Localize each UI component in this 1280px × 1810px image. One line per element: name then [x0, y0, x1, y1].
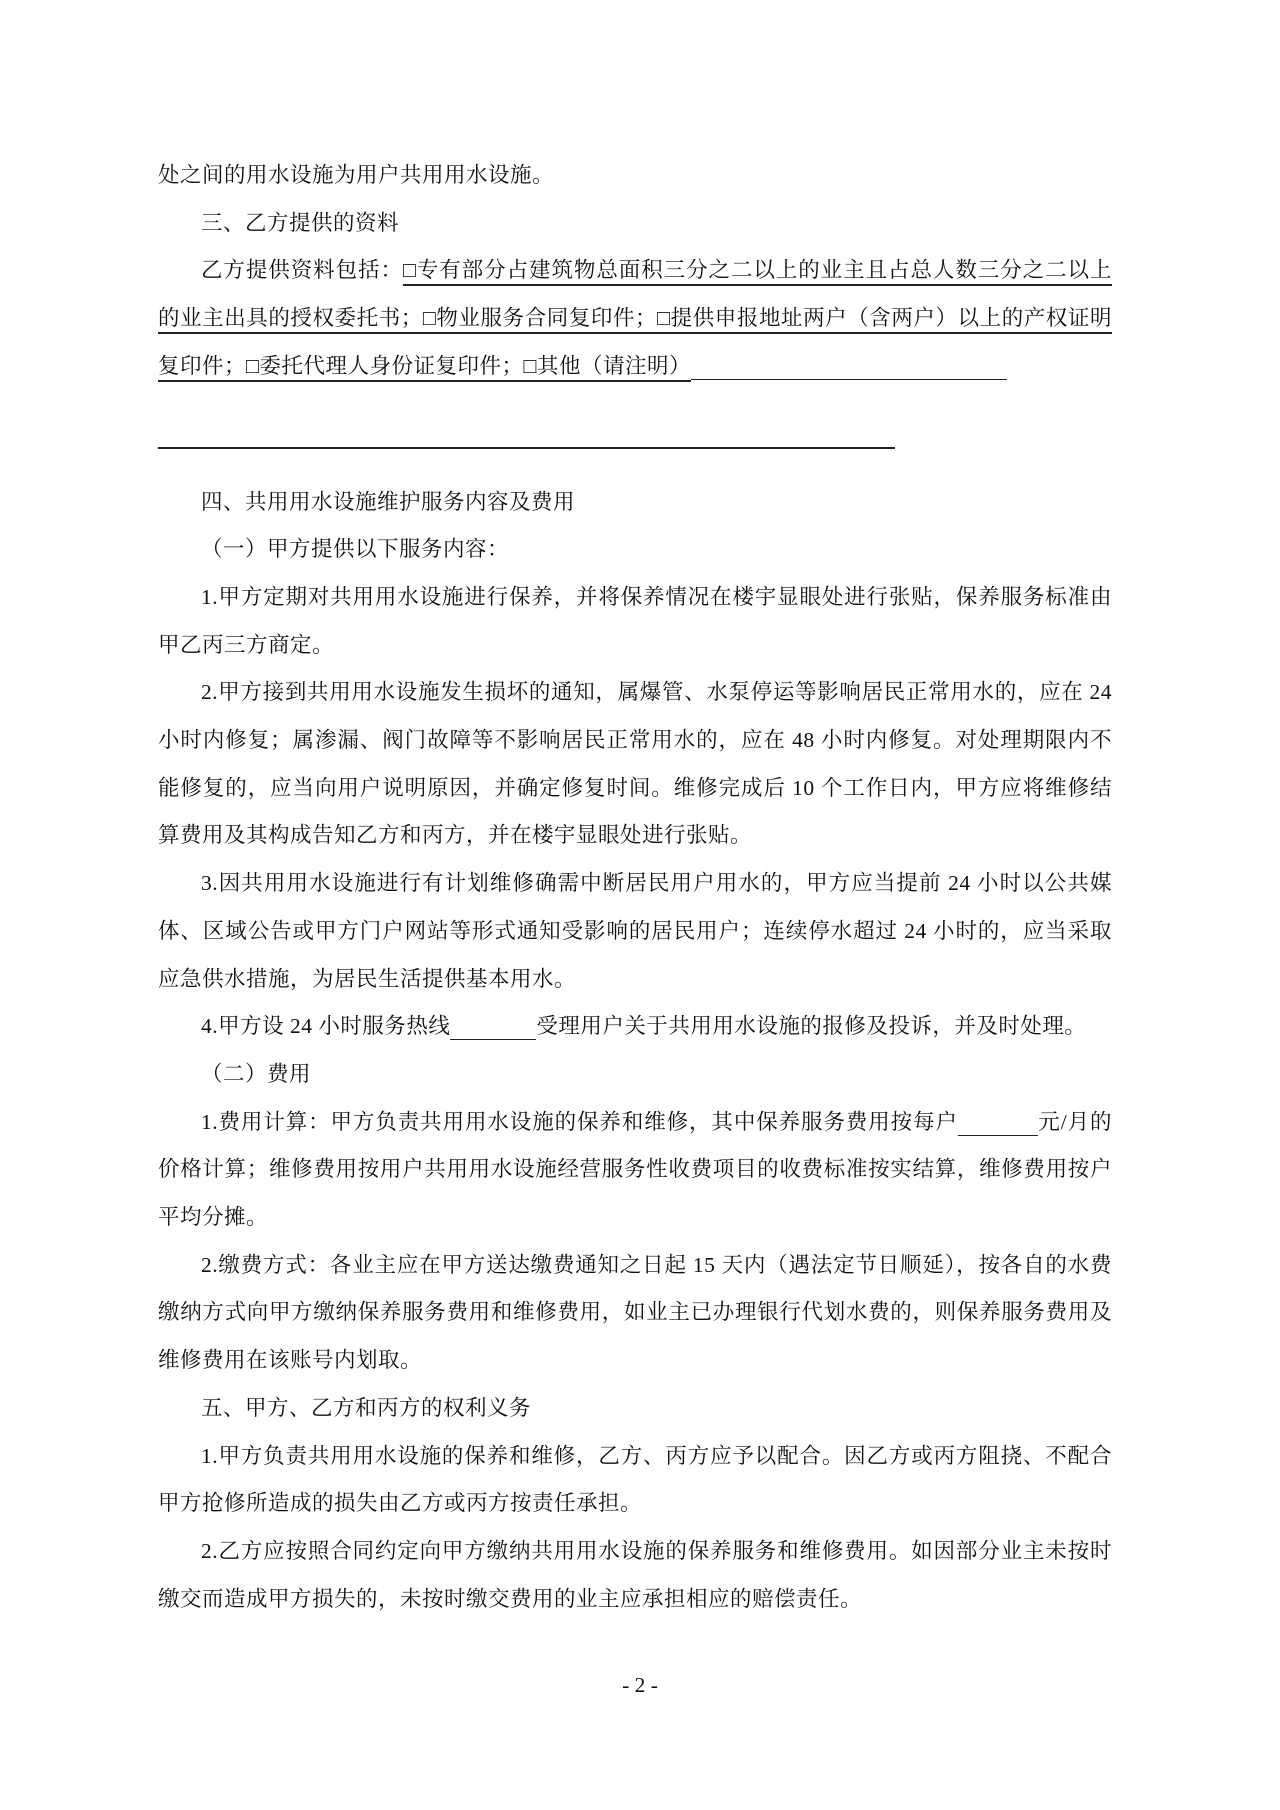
section4-fees-heading: （二）费用 — [158, 1051, 1112, 1099]
blank-fill-line — [158, 391, 895, 449]
section4-heading: 四、共用用水设施维护服务内容及费用 — [158, 479, 1112, 527]
section3-materials-paragraph: 乙方提供资料包括：□专有部分占建筑物总面积三分之二以上的业主且占总人数三分之二以… — [158, 247, 1112, 390]
service-item-3: 3.因共用用水设施进行有计划维修确需中断居民用户用水的，甲方应当提前 24 小时… — [158, 860, 1112, 1003]
rights-item-1: 1.甲方负责共用用水设施的保养和维修，乙方、丙方应予以配合。因乙方或丙方阻挠、不… — [158, 1433, 1112, 1528]
materials-lead-text: 乙方提供资料包括： — [201, 258, 403, 282]
page-number: - 2 - — [0, 1670, 1280, 1700]
fee-item-1-prefix: 1.费用计算：甲方负责共用用水设施的保养和维修，其中保养服务费用按每户 — [201, 1110, 958, 1134]
materials-fill-line — [691, 377, 1007, 380]
service-item-4-suffix: 受理用户关于共用用水设施的报修及投诉，并及时处理。 — [536, 1014, 1086, 1038]
hotline-blank — [450, 1037, 536, 1040]
section4-services-heading: （一）甲方提供以下服务内容： — [158, 526, 1112, 574]
section3-heading: 三、乙方提供的资料 — [158, 200, 1112, 248]
service-item-4: 4.甲方设 24 小时服务热线受理用户关于共用用水设施的报修及投诉，并及时处理。 — [158, 1003, 1112, 1051]
fee-amount-blank — [958, 1133, 1038, 1136]
service-item-4-prefix: 4.甲方设 24 小时服务热线 — [201, 1014, 450, 1038]
rights-item-2: 2.乙方应按照合同约定向甲方缴纳共用用水设施的保养服务和维修费用。如因部分业主未… — [158, 1528, 1112, 1623]
contract-page: 处之间的用水设施为用户共用用水设施。 三、乙方提供的资料 乙方提供资料包括：□专… — [0, 0, 1280, 1810]
service-item-2: 2.甲方接到共用用水设施发生损坏的通知，属爆管、水泵停运等影响居民正常用水的，应… — [158, 669, 1112, 860]
contract-body: 处之间的用水设施为用户共用用水设施。 三、乙方提供的资料 乙方提供资料包括：□专… — [158, 152, 1112, 1623]
paragraph-continuation: 处之间的用水设施为用户共用用水设施。 — [158, 152, 1112, 200]
section5-heading: 五、甲方、乙方和丙方的权利义务 — [158, 1385, 1112, 1433]
fee-item-1: 1.费用计算：甲方负责共用用水设施的保养和维修，其中保养服务费用按每户元/月的价… — [158, 1099, 1112, 1242]
fee-item-2: 2.缴费方式：各业主应在甲方送达缴费通知之日起 15 天内（遇法定节日顺延），按… — [158, 1242, 1112, 1385]
service-item-1: 1.甲方定期对共用用水设施进行保养，并将保养情况在楼宇显眼处进行张贴，保养服务标… — [158, 574, 1112, 669]
